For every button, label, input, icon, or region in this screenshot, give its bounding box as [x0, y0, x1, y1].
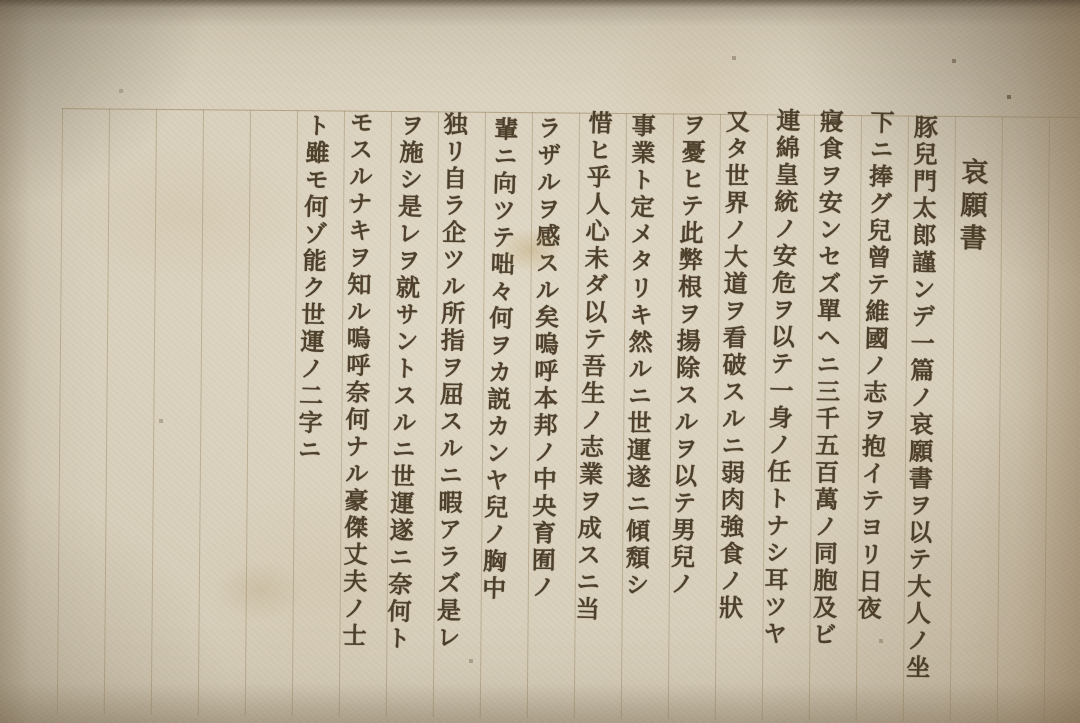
text-column-7: 事業ト定メタリキ然ルニ世運遂ニ傾頽シ: [611, 113, 664, 723]
text-column-4: 連綿皇統ノ安危ヲ以テ一身ノ任トナシ耳ツヤ: [748, 107, 808, 718]
text-column-2: 下ニ捧グ兒曾テ維國ノ志ヲ抱イテヨリ日夜: [842, 109, 902, 720]
text-column-12: ヲ施シ是レヲ就サントスルニ世運遂ニ奈何ト: [372, 112, 432, 723]
text-column-6: ヲ憂ヒテ此弊根ヲ揚除スルヲ以テ男兒ノ: [654, 112, 714, 723]
text-column-1: 豚兒門太郎謹ンデ一篇ノ哀願書ヲ以テ大人ノ坐: [893, 114, 946, 723]
text-column-8: 惜ヒ乎人心未ダ以テ吾生ノ志業ヲ成スニ当: [560, 110, 620, 721]
text-column-13: モスルナキヲ知ル嗚呼奈何ナル豪傑丈夫ノ士: [329, 109, 382, 720]
handwritten-text: 哀願書 豚兒門太郎謹ンデ一篇ノ哀願書ヲ以テ大人ノ坐 下ニ捧グ兒曾テ維國ノ志ヲ抱イ…: [0, 0, 1080, 723]
text-column-10: 輩ニ向ツテ咄々何ヲカ説カンヤ兒ノ胸中: [466, 116, 526, 723]
document-title: 哀願書: [946, 157, 994, 318]
text-column-5: 又タ世界ノ大道ヲ看破スルニ弱肉強食ノ狀: [705, 109, 758, 720]
document-photo: 哀願書 豚兒門太郎謹ンデ一篇ノ哀願書ヲ以テ大人ノ坐 下ニ捧グ兒曾テ維國ノ志ヲ抱イ…: [0, 0, 1080, 723]
text-column-11: 独リ自ラ企ツル所指ヲ屈スルニ暇アラズ是レ: [423, 111, 476, 722]
text-column-14: ト雖モ何ゾ能ク世運ノ二字ニ: [278, 112, 338, 723]
text-column-9: ラザルヲ感スル矣嗚呼本邦ノ中央育囿ノ: [517, 115, 570, 723]
text-column-3: 寢食ヲ安ンセズ單ヘニ三千五百萬ノ同胞及ビ: [799, 108, 852, 719]
